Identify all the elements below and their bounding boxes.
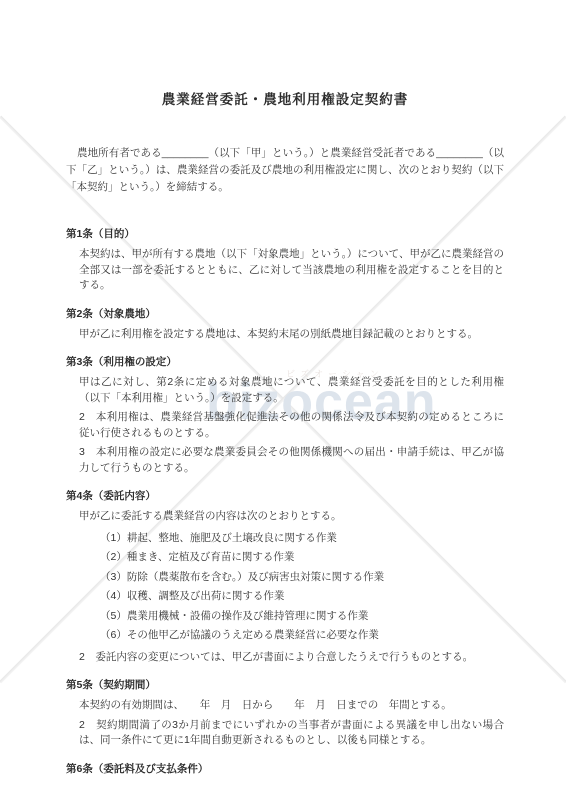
work-item: （6）その他甲乙が協議のうえ定める農業経営に必要な作業 [100,626,504,646]
article-section-6: 第6条（委託料及び支払条件） [66,762,504,777]
work-item: （4）収穫、調整及び出荷に関する作業 [100,587,504,607]
article-section-1: 第1条（目的） 本契約は、甲が所有する農地（以下「対象農地」という。）について、… [66,227,504,294]
article-section-3: 第3条（利用権の設定） 甲は乙に対し、第2条に定める対象農地について、農業経営受… [66,355,504,476]
article-clause-term-blanks: 本契約の有効期間は、 年 月 日から 年 月 日までの 年間とする。 [79,698,504,714]
work-item: （2）種まき、定植及び育苗に関する作業 [100,548,504,568]
article-heading: 第2条（対象農地） [66,307,504,322]
article-clause: 甲が乙に委託する農業経営の内容は次のとおりとする。 [79,509,504,525]
article-section-4: 第4条（委託内容） 甲が乙に委託する農業経営の内容は次のとおりとする。 （1）耕… [66,489,504,665]
work-item-list: （1）耕起、整地、施肥及び土壌改良に関する作業 （2）種まき、定植及び育苗に関す… [100,529,504,646]
intro-paragraph: 農地所有者である________（以下「甲」という。）と農業経営受託者である__… [66,145,504,196]
article-heading: 第6条（委託料及び支払条件） [66,762,504,777]
article-clause: 2 本利用権は、農業経営基盤強化促進法その他の関係法令及び本契約の定めるところに… [79,410,504,441]
article-clause: 3 本利用権の設定に必要な農業委員会その他関係機関への届出・申請手続は、甲乙が協… [79,445,504,476]
article-heading: 第4条（委託内容） [66,489,504,504]
document-content: 農業経営委託・農地利用権設定契約書 農地所有者である________（以下「甲」… [0,0,566,800]
work-item: （3）防除（農薬散布を含む。）及び病害虫対策に関する作業 [100,568,504,588]
article-clause: 2 契約期間満了の3か月前までにいずれかの当事者が書面による異議を申し出ない場合… [79,718,504,749]
article-section-2: 第2条（対象農地） 甲が乙に利用権を設定する農地は、本契約末尾の別紙農地目録記載… [66,307,504,343]
contract-document-page: ビズオーシャン bizocean 農業経営委託・農地利用権設定契約書 農地所有者… [0,0,566,800]
article-clause: 甲は乙に対し、第2条に定める対象農地について、農業経営受委託を目的とした利用権（… [79,375,504,406]
article-heading: 第1条（目的） [66,227,504,242]
article-clause: 2 委託内容の変更については、甲乙が書面により合意したうえで行うものとする。 [79,650,504,666]
work-item: （1）耕起、整地、施肥及び土壌改良に関する作業 [100,529,504,549]
article-section-5: 第5条（契約期間） 本契約の有効期間は、 年 月 日から 年 月 日までの 年間… [66,678,504,749]
article-heading: 第3条（利用権の設定） [66,355,504,370]
article-clause: 本契約は、甲が所有する農地（以下「対象農地」という。）について、甲が乙に農業経営… [79,247,504,294]
work-item: （5）農業用機械・設備の操作及び維持管理に関する作業 [100,607,504,627]
document-title: 農業経営委託・農地利用権設定契約書 [66,88,504,108]
article-heading: 第5条（契約期間） [66,678,504,693]
article-clause: 甲が乙に利用権を設定する農地は、本契約末尾の別紙農地目録記載のとおりとする。 [79,327,504,343]
